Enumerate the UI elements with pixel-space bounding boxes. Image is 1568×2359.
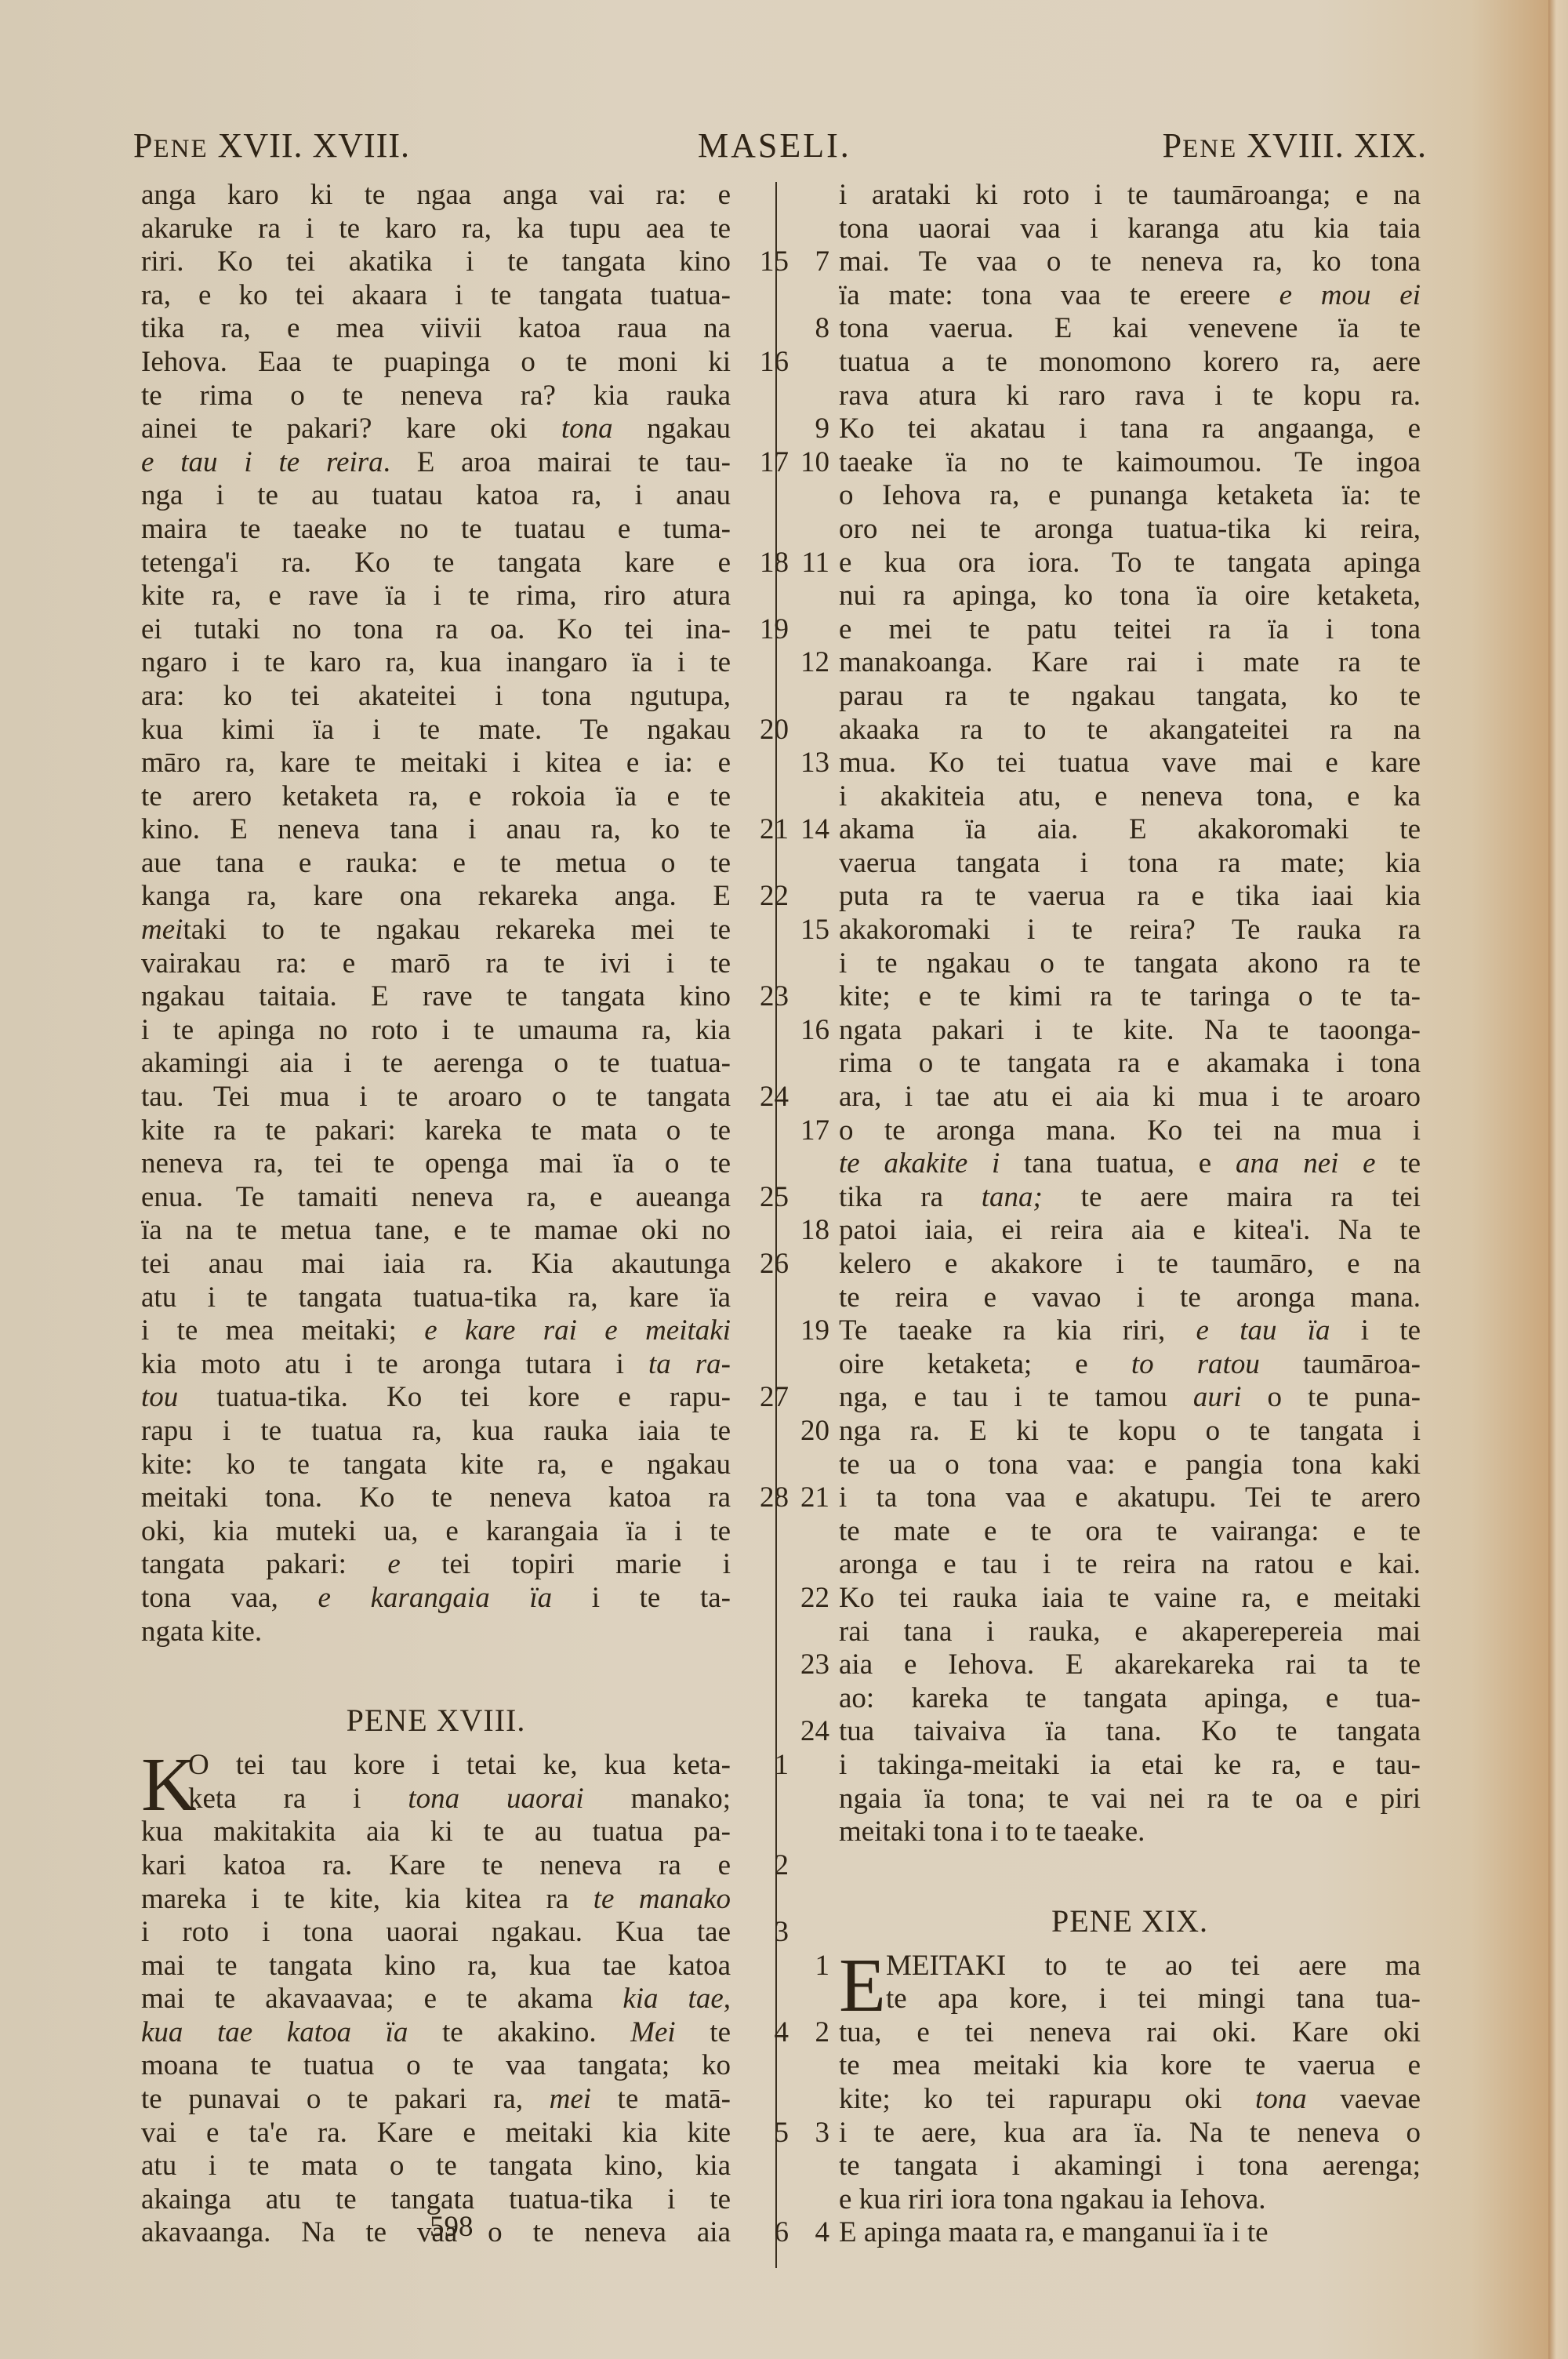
verse-number: 8 [775, 312, 829, 346]
line-text: mai. Te vaa o te neneva ra, ko tona [839, 245, 1421, 278]
line-text: ngata pakari i te kite. Na te taoonga- [839, 1014, 1421, 1046]
verse-line: rai tana i rauka, e akaperepereia mai [839, 1616, 1421, 1649]
line-text: e tau i te reira. E aroa mairai te tau- [141, 446, 731, 478]
verse-line: nga ra. E ki te kopu o te tangata i20 [839, 1415, 1421, 1448]
line-text: nga, e tau i te tamou auri o te puna- [839, 1381, 1421, 1413]
line-text: te mate e te ora te vairanga: e te [839, 1515, 1421, 1547]
verse-line: o Iehova ra, e punanga ketaketa ïa: te [839, 479, 1421, 513]
line-text: tou tuatua-tika. Ko tei kore e rapu- [141, 1381, 731, 1413]
verse-line: ngata pakari i te kite. Na te taoonga-16 [839, 1014, 1421, 1048]
verse-line: nui ra apinga, ko tona ïa oire ketaketa, [839, 580, 1421, 613]
verse-line: rapu i te tuatua ra, kua rauka iaia te [141, 1415, 731, 1448]
verse-line: te apa kore, i tei mingi tana tua- [839, 1983, 1421, 2016]
verse-line: tou tuatua-tika. Ko tei kore e rapu-27 [141, 1381, 731, 1415]
line-text: moana te tuatua o te vaa tangata; ko [141, 2049, 731, 2081]
line-text: te akakite i tana tuatua, e ana nei e te [839, 1147, 1421, 1179]
verse-line: meitaki to te ngakau rekareka mei te [141, 914, 731, 947]
verse-number: 13 [775, 747, 829, 780]
line-text: i takinga-meitaki ia etai ke ra, e tau- [839, 1749, 1421, 1781]
line-text: anga karo ki te ngaa anga vai ra: e [141, 179, 731, 211]
line-text: i ta tona vaa e akatupu. Tei te arero [839, 1481, 1421, 1514]
verse-line: meitaki tona i to te taeake. [839, 1816, 1421, 1849]
verse-line: kite; ko tei rapurapu oki tona vaevae [839, 2083, 1421, 2117]
verse-number: 2 [775, 2016, 829, 2050]
verse-number: 3 [775, 2117, 829, 2150]
line-text: tona uaorai vaa i karanga atu kia taia [839, 213, 1421, 245]
verse-line: tona uaorai vaa i karanga atu kia taia [839, 213, 1421, 246]
verse-line: neneva ra, tei te openga mai ïa o te [141, 1147, 731, 1181]
line-text: Ko tei akatau i tana ra angaanga, e [839, 413, 1421, 445]
line-text: ngaro i te karo ra, kua inangaro ïa i te [141, 646, 731, 678]
verse-line: tika ra tana; te aere maira ra tei [839, 1181, 1421, 1215]
verse-line: tika ra, e mea viivii katoa raua na [141, 312, 731, 346]
book-title: MASELI. [698, 125, 851, 165]
verse-line: te akakite i tana tuatua, e ana nei e te [839, 1147, 1421, 1181]
chapter-first-word: MEITAKI [886, 1950, 1044, 1982]
verse-line: Te taeake ra kia riri, e tau ïa i te19 [839, 1314, 1421, 1348]
verse-line: ngaia ïa tona; te vai nei ra te oa e pir… [839, 1783, 1421, 1816]
verse-line: te rima o te neneva ra? kia rauka [141, 380, 731, 413]
verse-line: ara, i tae atu ei aia ki mua i te aroaro [839, 1081, 1421, 1114]
verse-line: kino. E neneva tana i anau ra, ko te21 [141, 813, 731, 847]
line-text: rima o te tangata ra e akamaka i tona [839, 1047, 1421, 1079]
line-text: kino. E neneva tana i anau ra, ko te [141, 813, 731, 845]
line-text: i te aere, kua ara ïa. Na te neneva o [839, 2117, 1421, 2149]
line-text: tau. Tei mua i te aroaro o te tangata [141, 1081, 731, 1113]
verse-number: 16 [775, 1014, 829, 1048]
verse-line: akamingi aia i te aerenga o te tuatua- [141, 1047, 731, 1081]
verse-line: tuatua a te monomono korero ra, aere [839, 346, 1421, 380]
line-text: oki, kia muteki ua, e karangaia ïa i te [141, 1515, 731, 1547]
verse-number: 15 [775, 914, 829, 947]
line-text: te rima o te neneva ra? kia rauka [141, 380, 731, 412]
line-text: ra, e ko tei akaara i te tangata tuatua- [141, 279, 731, 311]
verse-line: manakoanga. Kare rai i mate ra te12 [839, 646, 1421, 680]
verse-number: 26 [734, 1248, 789, 1281]
line-text: mareka i te kite, kia kitea ra te manako [141, 1883, 731, 1915]
verse-line: Iehova. Eaa te puapinga o te moni ki16 [141, 346, 731, 380]
line-text: mai te akavaavaa; e te akama kia tae, [141, 1983, 731, 2015]
verse-line: Ko tei akatau i tana ra angaanga, e9 [839, 413, 1421, 446]
running-head-left: PENE XVII. XVIII. [133, 125, 410, 165]
line-text: i te mea meitaki; e kare rai e meitaki [141, 1314, 731, 1347]
verse-line: ngakau taitaia. E rave te tangata kino23 [141, 980, 731, 1014]
verse-number: 22 [734, 880, 789, 914]
line-text: akakoromaki i te reira? Te rauka ra [839, 914, 1421, 946]
line-text: aronga e tau i te reira na ratou e kai. [839, 1548, 1421, 1580]
verse-number: 1 [734, 1749, 789, 1783]
verse-line: e mei te patu teitei ra ïa i tona [839, 613, 1421, 647]
line-text: nga i te au tuatau katoa ra, i anau [141, 479, 731, 511]
line-text: te reira e vavao i te aronga mana. [839, 1281, 1421, 1314]
verse-line: rava atura ki raro rava i te kopu ra. [839, 380, 1421, 413]
line-text: ïa mate: tona vaa te ereere e mou ei [839, 279, 1421, 311]
verse-line: oro nei te aronga tuatua-tika ki reira, [839, 513, 1421, 547]
line-text: Te taeake ra kia riri, e tau ïa i te [839, 1314, 1421, 1347]
verse-line: O tei tau kore i tetai ke, kua keta-1 [141, 1749, 731, 1783]
line-text: te arero ketaketa ra, e rokoia ïa e te [141, 780, 731, 812]
verse-line: atu i te mata o te tangata kino, kia [141, 2150, 731, 2183]
line-text: ao: kareka te tangata apinga, e tua- [839, 1682, 1421, 1714]
line-text: tetenga'i ra. Ko te tangata kare e [141, 547, 731, 579]
verse-line: te arero ketaketa ra, e rokoia ïa e te [141, 780, 731, 814]
line-text: vaerua tangata i tona ra mate; kia [839, 847, 1421, 879]
verse-number: 27 [734, 1381, 789, 1415]
verse-line: e tau i te reira. E aroa mairai te tau-1… [141, 446, 731, 480]
line-text: te mea meitaki kia kore te vaerua e [839, 2049, 1421, 2081]
verse-line: te reira e vavao i te aronga mana. [839, 1281, 1421, 1315]
verse-line: patoi iaia, ei reira aia e kitea'i. Na t… [839, 1214, 1421, 1248]
verse-line: Ko tei rauka iaia te vaine ra, e meitaki… [839, 1582, 1421, 1616]
chapter-heading: PENE XIX. [839, 1882, 1421, 1950]
line-text: kite: ko te tangata kite ra, e ngakau [141, 1448, 731, 1481]
verse-line: anga karo ki te ngaa anga vai ra: e [141, 179, 731, 213]
verse-line: moana te tuatua o te vaa tangata; ko [141, 2049, 731, 2083]
line-text: i arataki ki roto i te taumāroanga; e na [839, 179, 1421, 211]
line-text: kite; e te kimi ra te taringa o te ta- [839, 980, 1421, 1012]
verse-line: tona vaa, e karangaia ïa i te ta- [141, 1582, 731, 1616]
verse-line: oire ketaketa; e to ratou taumāroa- [839, 1348, 1421, 1382]
line-text: akama ïa aia. E akakoromaki te [839, 813, 1421, 845]
line-text: oire ketaketa; e to ratou taumāroa- [839, 1348, 1421, 1380]
line-text: tua taivaiva ïa tana. Ko te tangata [839, 1715, 1421, 1747]
verse-number: 17 [775, 1114, 829, 1148]
verse-number: 23 [734, 980, 789, 1014]
line-text: rapu i te tuatua ra, kua rauka iaia te [141, 1415, 731, 1447]
verse-line: i roto i tona uaorai ngakau. Kua tae3 [141, 1916, 731, 1950]
page-number: 598 [430, 2210, 474, 2244]
line-text: tua, e tei neneva rai oki. Kare oki [839, 2016, 1421, 2048]
line-text: ngata kite. [141, 1616, 262, 1648]
verse-line: tau. Tei mua i te aroaro o te tangata24 [141, 1081, 731, 1114]
verse-line: MEITAKI to te ao tei aere ma1 [839, 1950, 1421, 1983]
verse-line: keta ra i tona uaorai manako; [141, 1783, 731, 1816]
verse-number: 22 [775, 1582, 829, 1616]
verse-number: 25 [734, 1181, 789, 1215]
line-text: kanga ra, kare ona rekareka anga. E [141, 880, 731, 912]
verse-line: tua, e tei neneva rai oki. Kare oki2 [839, 2016, 1421, 2050]
line-text: manakoanga. Kare rai i mate ra te [839, 646, 1421, 678]
verse-number: 1 [775, 1950, 829, 1983]
verse-line: taeake ïa no te kaimoumou. Te ingoa10 [839, 446, 1421, 480]
line-text: vai e ta'e ra. Kare e meitaki kia kite [141, 2117, 731, 2149]
line-text: kite ra, e rave ïa i te rima, riro atura [141, 580, 731, 612]
verse-line: ara: ko tei akateitei i tona ngutupa, [141, 680, 731, 714]
line-text: to te ao tei aere ma [1044, 1950, 1421, 1982]
verse-line: kua kimi ïa i te mate. Te ngakau20 [141, 714, 731, 747]
verse-line: akakoromaki i te reira? Te rauka ra15 [839, 914, 1421, 947]
line-text: akaaka ra to te akangateitei ra na [839, 714, 1421, 746]
page-edge [1548, 0, 1568, 2359]
verse-line: kite; e te kimi ra te taringa o te ta- [839, 980, 1421, 1014]
verse-line: puta ra te vaerua ra e tika iaai kia [839, 880, 1421, 914]
verse-number: 23 [775, 1648, 829, 1682]
verse-line: aronga e tau i te reira na ratou e kai. [839, 1548, 1421, 1582]
line-text: neneva ra, tei te openga mai ïa o te [141, 1147, 731, 1179]
verse-line: maira te taeake no te tuatau e tuma- [141, 513, 731, 547]
verse-line: i te aere, kua ara ïa. Na te neneva o3 [839, 2117, 1421, 2150]
line-text: te punavai o te pakari ra, mei te matā- [141, 2083, 731, 2115]
line-text: tona vaa, e karangaia ïa i te ta- [141, 1582, 731, 1614]
verse-number: 19 [734, 613, 789, 647]
line-text: maira te taeake no te tuatau e tuma- [141, 513, 731, 545]
verse-line: mai te akavaavaa; e te akama kia tae, [141, 1983, 731, 2016]
verse-line: ainei te pakari? kare oki tona ngakau [141, 413, 731, 446]
verse-number: 2 [734, 1849, 789, 1883]
line-text: taeake ïa no te kaimoumou. Te ingoa [839, 446, 1421, 478]
verse-line: i ta tona vaa e akatupu. Tei te arero21 [839, 1481, 1421, 1515]
line-text: puta ra te vaerua ra e tika iaai kia [839, 880, 1421, 912]
line-text: tei anau mai iaia ra. Kia akautunga [141, 1248, 731, 1280]
line-text: kia moto atu i te aronga tutara i ta ra- [141, 1348, 731, 1380]
verse-line: i te mea meitaki; e kare rai e meitaki [141, 1314, 731, 1348]
chapter-opening: KO tei tau kore i tetai ke, kua keta-1ke… [141, 1749, 731, 2250]
line-text: kite; ko tei rapurapu oki tona vaevae [839, 2083, 1421, 2115]
verse-number: 12 [775, 646, 829, 680]
running-head: PENE XVII. XVIII. MASELI. PENE XVIII. XI… [133, 125, 1427, 173]
verse-number: 7 [775, 245, 829, 279]
verse-line: kua tae katoa ïa te akakino. Mei te4 [141, 2016, 731, 2050]
line-text: i te ngakau o te tangata akono ra te [839, 947, 1421, 980]
line-text: ngakau taitaia. E rave te tangata kino [141, 980, 731, 1012]
verse-line: te tangata i akamingi i tona aerenga; [839, 2150, 1421, 2183]
line-text: atu i te tangata tuatua-tika ra, kare ïa [141, 1281, 731, 1314]
line-text: māro ra, kare te meitaki i kitea e ia: e [141, 747, 731, 779]
verse-number: 20 [734, 714, 789, 747]
verse-line: aia e Iehova. E akarekareka rai ta te23 [839, 1648, 1421, 1682]
verse-line: kari katoa ra. Kare te neneva ra e2 [141, 1849, 731, 1883]
line-text: Ko tei rauka iaia te vaine ra, e meitaki [839, 1582, 1421, 1614]
verse-line: te mea meitaki kia kore te vaerua e [839, 2049, 1421, 2083]
verse-line: mua. Ko tei tuatua vave mai e kare13 [839, 747, 1421, 780]
verse-line: tangata pakari: e tei topiri marie i [141, 1548, 731, 1582]
line-text: akaruke ra i te karo ra, ka tupu aea te [141, 213, 731, 245]
line-text: parau ra te ngakau tangata, ko te [839, 680, 1421, 712]
verse-line: tetenga'i ra. Ko te tangata kare e18 [141, 547, 731, 580]
verse-number: 24 [734, 1081, 789, 1114]
verse-line: ïa mate: tona vaa te ereere e mou ei [839, 279, 1421, 313]
line-text: nui ra apinga, ko tona ïa oire ketaketa, [839, 580, 1421, 612]
verse-line: mai te tangata kino ra, kua tae katoa [141, 1950, 731, 1983]
verse-line: ra, e ko tei akaara i te tangata tuatua- [141, 279, 731, 313]
verse-line: kia moto atu i te aronga tutara i ta ra- [141, 1348, 731, 1382]
verse-line: akama ïa aia. E akakoromaki te14 [839, 813, 1421, 847]
line-text: ïa na te metua tane, e te mamae oki no [141, 1214, 731, 1246]
verse-number: 20 [775, 1415, 829, 1448]
line-text: tika ra, e mea viivii katoa raua na [141, 312, 731, 344]
verse-line: o te aronga mana. Ko tei na mua i17 [839, 1114, 1421, 1148]
verse-line: oki, kia muteki ua, e karangaia ïa i te [141, 1515, 731, 1549]
verse-line: tona vaerua. E kai venevene ïa te8 [839, 312, 1421, 346]
verse-line: kua makitakita aia ki te au tuatua pa- [141, 1816, 731, 1849]
line-text: meitaki tona. Ko te neneva katoa ra [141, 1481, 731, 1514]
verse-line: nga i te au tuatau katoa ra, i anau [141, 479, 731, 513]
verse-line: atu i te tangata tuatua-tika ra, kare ïa [141, 1281, 731, 1315]
line-text: e mei te patu teitei ra ïa i tona [839, 613, 1421, 645]
line-text: ara, i tae atu ei aia ki mua i te aroaro [839, 1081, 1421, 1113]
verse-line: riri. Ko tei akatika i te tangata kino15 [141, 245, 731, 279]
verse-line: e kua riri iora tona ngakau ia Iehova. [839, 2183, 1421, 2217]
verse-line: tua taivaiva ïa tana. Ko te tangata24 [839, 1715, 1421, 1749]
line-text: patoi iaia, ei reira aia e kitea'i. Na t… [839, 1214, 1421, 1246]
line-text: e kua riri iora tona ngakau ia Iehova. [839, 2183, 1266, 2215]
line-text: aue tana e rauka: e te metua o te [141, 847, 731, 879]
verse-line: kite: ko te tangata kite ra, e ngakau [141, 1448, 731, 1482]
verse-line: te ua o tona vaa: e pangia tona kaki [839, 1448, 1421, 1482]
line-text: kua makitakita aia ki te au tuatua pa- [141, 1816, 731, 1848]
line-text: tuatua a te monomono korero ra, aere [839, 346, 1421, 378]
book-page: PENE XVII. XVIII. MASELI. PENE XVIII. XI… [0, 0, 1548, 2359]
verse-number: 9 [775, 413, 829, 446]
line-text: o te aronga mana. Ko tei na mua i [839, 1114, 1421, 1147]
line-text: atu i te mata o te tangata kino, kia [141, 2150, 731, 2182]
line-text: mua. Ko tei tuatua vave mai e kare [839, 747, 1421, 779]
verse-number: 10 [775, 446, 829, 480]
verse-line: ao: kareka te tangata apinga, e tua- [839, 1682, 1421, 1716]
verse-line: kanga ra, kare ona rekareka anga. E22 [141, 880, 731, 914]
verse-line: ïa na te metua tane, e te mamae oki no [141, 1214, 731, 1248]
verse-line: i te apinga no roto i te umauma ra, kia [141, 1014, 731, 1048]
line-text: tika ra tana; te aere maira ra tei [839, 1181, 1421, 1213]
verse-line: i arataki ki roto i te taumāroanga; e na [839, 179, 1421, 213]
verse-line: vaerua tangata i tona ra mate; kia [839, 847, 1421, 881]
verse-number: 11 [775, 547, 829, 580]
line-text: i roto i tona uaorai ngakau. Kua tae [141, 1916, 731, 1948]
line-text: O tei tau kore i tetai ke, kua keta- [188, 1749, 731, 1781]
verse-number: 4 [775, 2216, 829, 2250]
verse-line: mareka i te kite, kia kitea ra te manako [141, 1883, 731, 1917]
line-text: te ua o tona vaa: e pangia tona kaki [839, 1448, 1421, 1481]
verse-line: māro ra, kare te meitaki i kitea e ia: e [141, 747, 731, 780]
verse-line: parau ra te ngakau tangata, ko te [839, 680, 1421, 714]
line-text: riri. Ko tei akatika i te tangata kino [141, 245, 731, 278]
line-text: rava atura ki raro rava i te kopu ra. [839, 380, 1421, 412]
line-text: tona vaerua. E kai venevene ïa te [839, 312, 1421, 344]
line-text: keta ra i tona uaorai manako; [188, 1783, 731, 1815]
verse-number: 21 [775, 1481, 829, 1515]
verse-number: 18 [775, 1214, 829, 1248]
line-text: E apinga maata ra, e manganui ïa i te [839, 2216, 1269, 2248]
verse-line: vairakau ra: e marō ra te ivi i te [141, 947, 731, 981]
line-text: tangata pakari: e tei topiri marie i [141, 1548, 731, 1580]
line-text: o Iehova ra, e punanga ketaketa ïa: te [839, 479, 1421, 511]
line-text: ainei te pakari? kare oki tona ngakau [141, 413, 731, 445]
verse-line: rima o te tangata ra e akamaka i tona [839, 1047, 1421, 1081]
verse-line: te punavai o te pakari ra, mei te matā- [141, 2083, 731, 2117]
verse-line: i akakiteia atu, e neneva tona, e ka [839, 780, 1421, 814]
line-text: e kua ora iora. To te tangata apinga [839, 547, 1421, 579]
left-column: anga karo ki te ngaa anga vai ra: eakaru… [141, 179, 731, 2250]
line-text: Iehova. Eaa te puapinga o te moni ki [141, 346, 731, 378]
line-text: ara: ko tei akateitei i tona ngutupa, [141, 680, 731, 712]
line-text: i akakiteia atu, e neneva tona, e ka [839, 780, 1421, 812]
verse-line: ei tutaki no tona ra oa. Ko tei ina-19 [141, 613, 731, 647]
line-text: ngaia ïa tona; te vai nei ra te oa e pir… [839, 1783, 1421, 1815]
verse-line: akaaka ra to te akangateitei ra na [839, 714, 1421, 747]
verse-line: kelero e akakore i te taumāro, e na [839, 1248, 1421, 1281]
line-text: kua kimi ïa i te mate. Te ngakau [141, 714, 731, 746]
line-text: ei tutaki no tona ra oa. Ko tei ina- [141, 613, 731, 645]
verse-line: te mate e te ora te vairanga: e te [839, 1515, 1421, 1549]
verse-line: mai. Te vaa o te neneva ra, ko tona7 [839, 245, 1421, 279]
line-text: enua. Te tamaiti neneva ra, e aueanga [141, 1181, 731, 1213]
line-text: meitaki to te ngakau rekareka mei te [141, 914, 731, 946]
line-text: kua tae katoa ïa te akakino. Mei te [141, 2016, 731, 2048]
right-column: i arataki ki roto i te taumāroanga; e na… [839, 179, 1421, 2250]
verse-number: 16 [734, 346, 789, 380]
verse-line: kite ra te pakari: kareka te mata o te [141, 1114, 731, 1148]
line-text: aia e Iehova. E akarekareka rai ta te [839, 1648, 1421, 1681]
chapter-heading: PENE XVIII. [141, 1681, 731, 1749]
line-text: vairakau ra: e marō ra te ivi i te [141, 947, 731, 980]
verse-line: E apinga maata ra, e manganui ïa i te4 [839, 2216, 1421, 2250]
line-text: akamingi aia i te aerenga o te tuatua- [141, 1047, 731, 1079]
line-text: kelero e akakore i te taumāro, e na [839, 1248, 1421, 1280]
line-text: te apa kore, i tei mingi tana tua- [886, 1983, 1421, 2015]
line-text: nga ra. E ki te kopu o te tangata i [839, 1415, 1421, 1447]
verse-line: e kua ora iora. To te tangata apinga11 [839, 547, 1421, 580]
verse-line: nga, e tau i te tamou auri o te puna- [839, 1381, 1421, 1415]
verse-number: 3 [734, 1916, 789, 1950]
verse-line: vai e ta'e ra. Kare e meitaki kia kite5 [141, 2117, 731, 2150]
verse-line: meitaki tona. Ko te neneva katoa ra28 [141, 1481, 731, 1515]
verse-line: enua. Te tamaiti neneva ra, e aueanga25 [141, 1181, 731, 1215]
line-text: rai tana i rauka, e akaperepereia mai [839, 1616, 1421, 1648]
verse-line: i takinga-meitaki ia etai ke ra, e tau- [839, 1749, 1421, 1783]
line-text: i te apinga no roto i te umauma ra, kia [141, 1014, 731, 1046]
line-text: meitaki tona i to te taeake. [839, 1816, 1145, 1848]
verse-number: 14 [775, 813, 829, 847]
verse-line: akaruke ra i te karo ra, ka tupu aea te [141, 213, 731, 246]
verse-line: kite ra, e rave ïa i te rima, riro atura [141, 580, 731, 613]
verse-line: aue tana e rauka: e te metua o te [141, 847, 731, 881]
line-text: kite ra te pakari: kareka te mata o te [141, 1114, 731, 1147]
verse-line: i te ngakau o te tangata akono ra te [839, 947, 1421, 981]
chapter-opening: EMEITAKI to te ao tei aere ma1te apa kor… [839, 1950, 1421, 2250]
line-text: kari katoa ra. Kare te neneva ra e [141, 1849, 731, 1881]
line-text: te tangata i akamingi i tona aerenga; [839, 2150, 1421, 2182]
verse-line: tei anau mai iaia ra. Kia akautunga26 [141, 1248, 731, 1281]
line-text: mai te tangata kino ra, kua tae katoa [141, 1950, 731, 1982]
verse-number: 19 [775, 1314, 829, 1348]
running-head-right: PENE XVIII. XIX. [1163, 125, 1427, 165]
verse-number: 24 [775, 1715, 829, 1749]
verse-line: ngaro i te karo ra, kua inangaro ïa i te [141, 646, 731, 680]
line-text: oro nei te aronga tuatua-tika ki reira, [839, 513, 1421, 545]
verse-line: ngata kite. [141, 1616, 731, 1649]
